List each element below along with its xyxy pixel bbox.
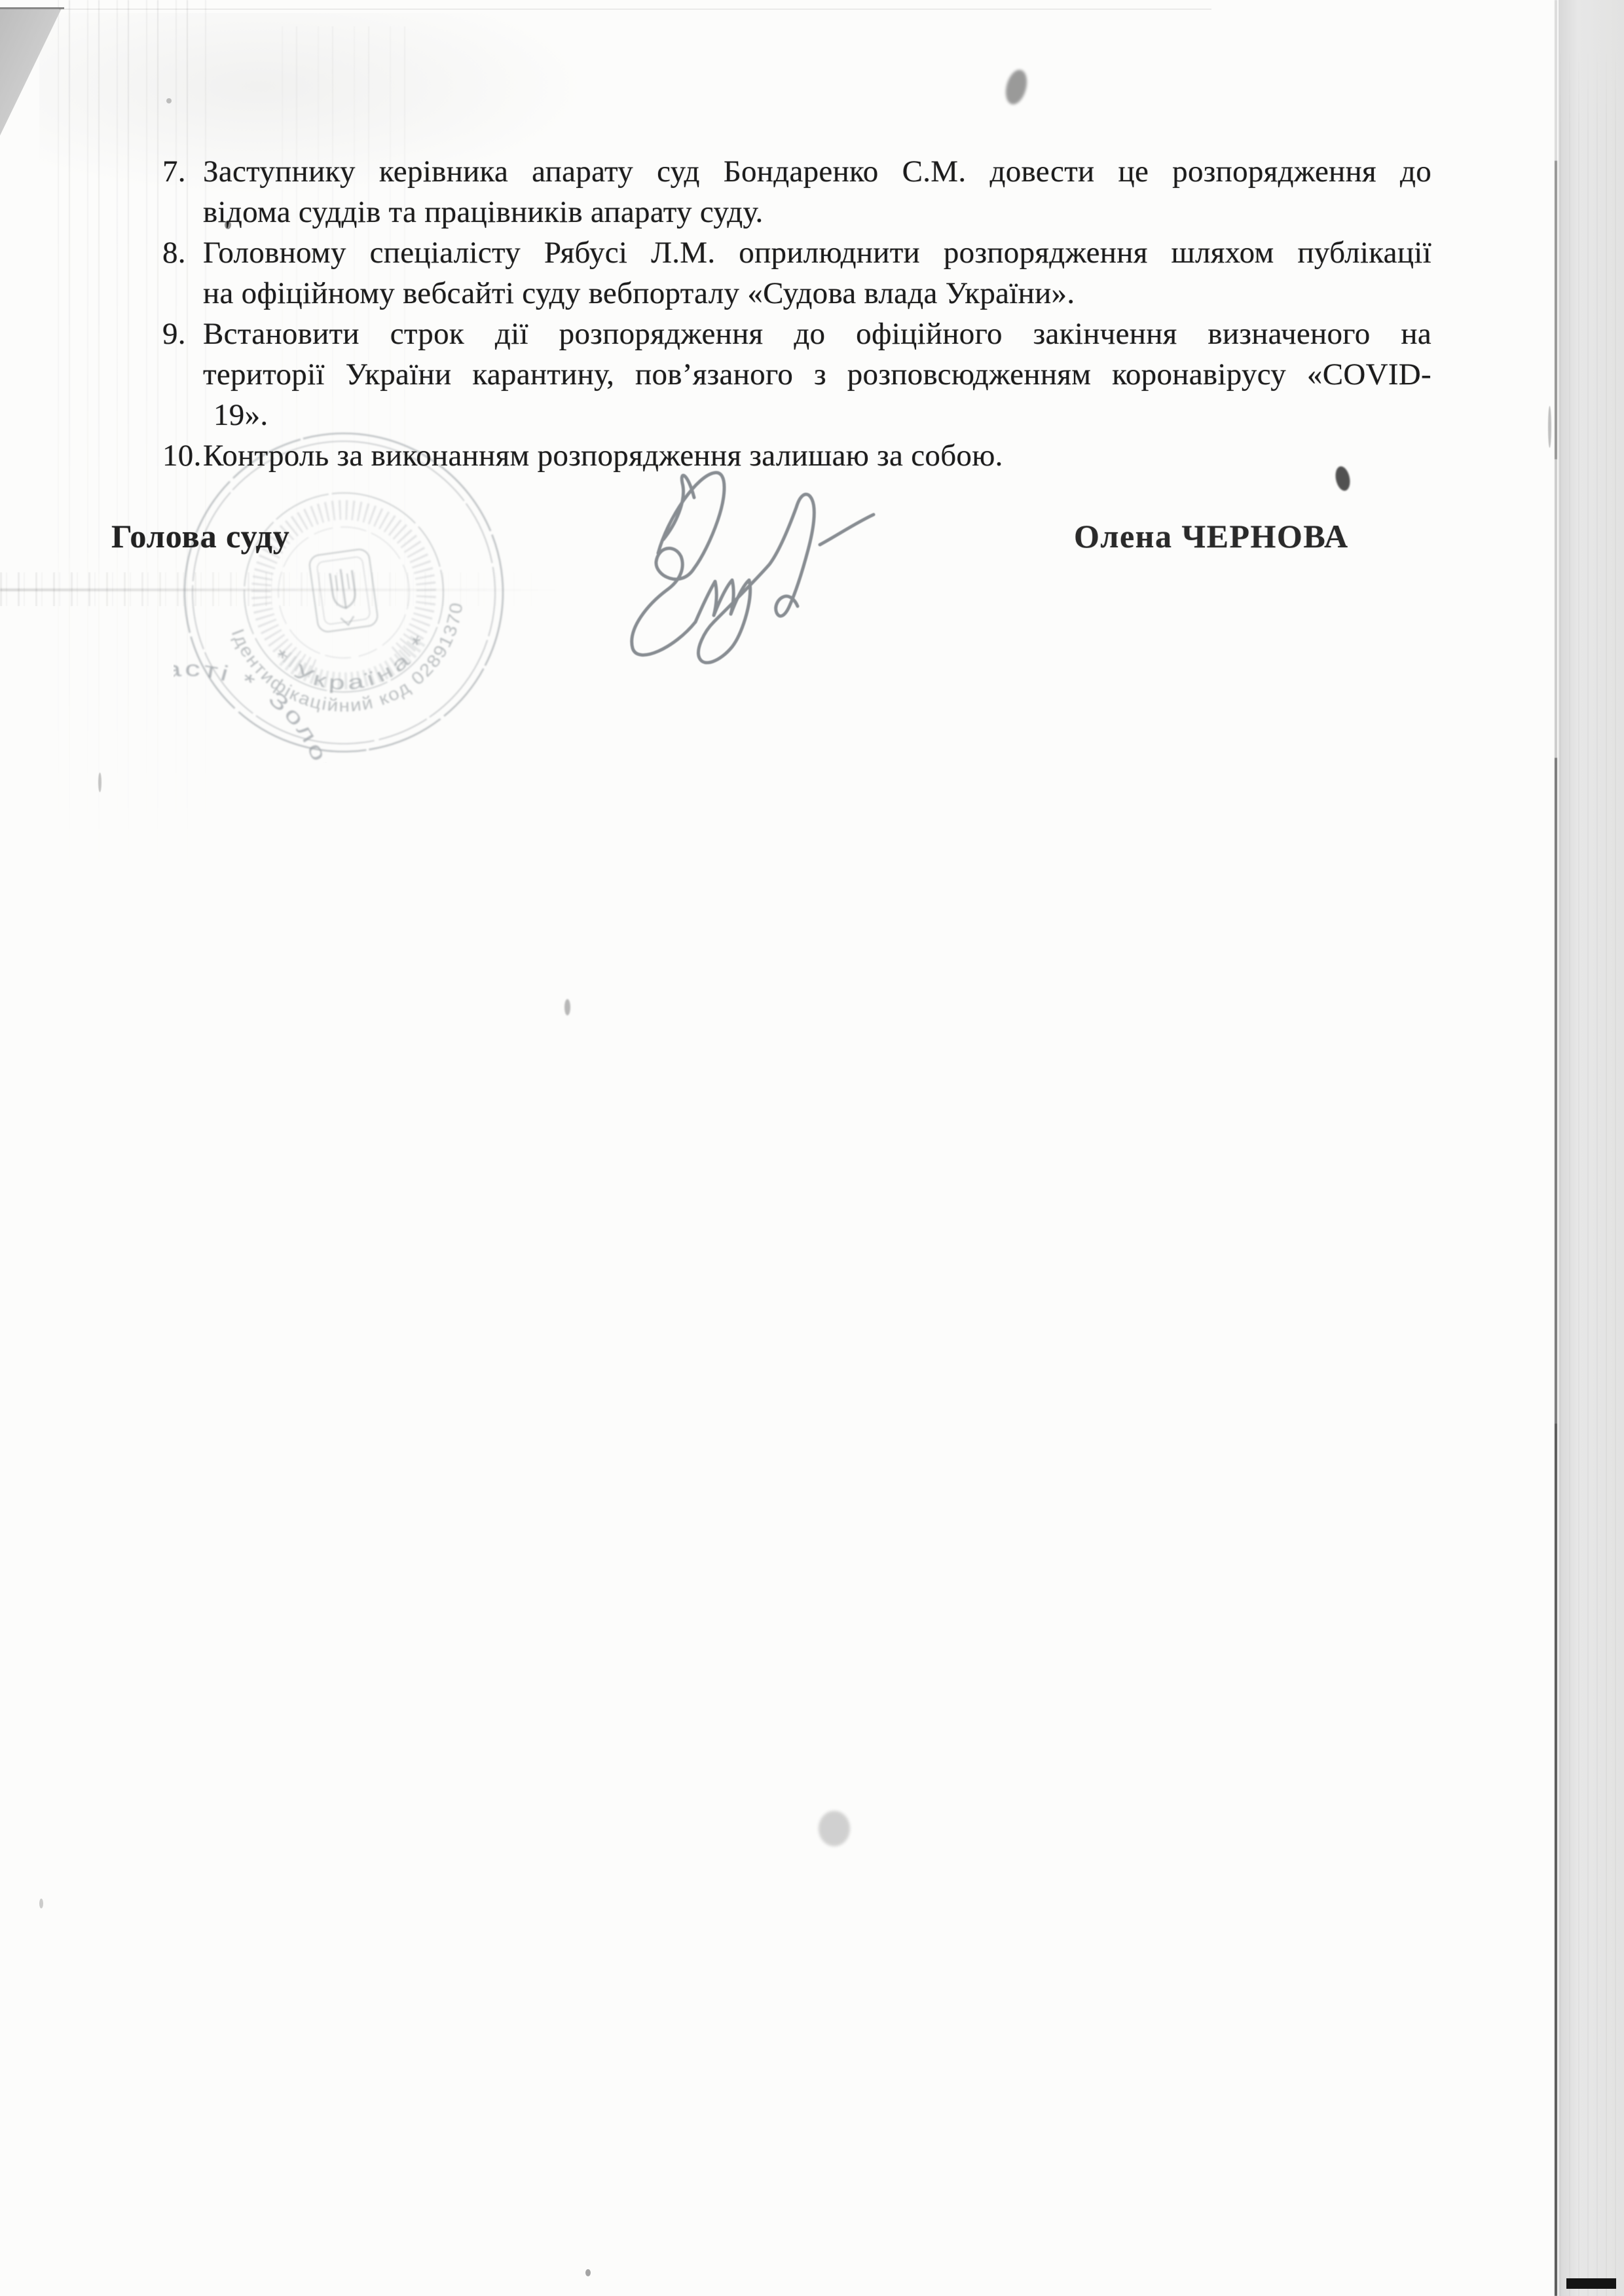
signer-name: Олена ЧЕРНОВА bbox=[1074, 517, 1349, 555]
item-number: 9. bbox=[162, 316, 203, 352]
list-item-9-line-2: території України карантину, пов’язаного… bbox=[162, 356, 1431, 397]
item-text: Головному спеціалісту Рябусі Л.М. оприлю… bbox=[203, 234, 1431, 271]
scan-speckle bbox=[1548, 406, 1551, 448]
item-number: 10. bbox=[162, 437, 203, 474]
list-item-8-line-1: 8. Головному спеціалісту Рябусі Л.М. опр… bbox=[162, 234, 1431, 275]
handwritten-signature bbox=[589, 452, 982, 727]
list-item-7-line-1: 7. Заступнику керівника апарату суд Бонд… bbox=[162, 153, 1431, 194]
list-item-9-line-3: 19». bbox=[162, 397, 1431, 437]
list-item-7-line-2: відома суддів та працівників апарату суд… bbox=[162, 194, 1431, 234]
list-item-8-line-2: на офіційному вебсайті суду вебпорталу «… bbox=[162, 275, 1431, 316]
trident-emblem bbox=[308, 548, 379, 633]
scan-corner-fold-edge bbox=[0, 7, 64, 9]
item-number: 8. bbox=[162, 234, 203, 271]
item-text: на офіційному вебсайті суду вебпорталу «… bbox=[203, 275, 1431, 312]
list-item-9-line-1: 9. Встановити строк дії розпорядження до… bbox=[162, 316, 1431, 356]
scan-right-edge-streaks bbox=[1560, 0, 1624, 2296]
scan-speckle bbox=[98, 773, 101, 792]
scan-bottom-right-bar bbox=[1566, 2278, 1616, 2289]
scan-speckle bbox=[1003, 67, 1031, 107]
scan-corner-fold bbox=[0, 9, 62, 136]
item-text: відома суддів та працівників апарату суд… bbox=[203, 194, 1431, 230]
scan-speckle bbox=[819, 1811, 850, 1846]
scan-top-hairline bbox=[59, 9, 1211, 10]
scan-speckle bbox=[585, 2269, 591, 2276]
svg-text:Ідентифікаційний код 02891370: Ідентифікаційний код 02891370 bbox=[227, 595, 480, 731]
item-number: 7. bbox=[162, 153, 203, 190]
item-text: території України карантину, пов’язаного… bbox=[203, 356, 1431, 393]
scan-speckle bbox=[39, 1899, 43, 1908]
scan-right-edge-line bbox=[1555, 0, 1557, 2296]
scanned-document-page: Золочівський районний суд Харківської об… bbox=[0, 0, 1624, 2296]
order-text-block: 7. Заступнику керівника апарату суд Бонд… bbox=[162, 153, 1431, 478]
item-text: Встановити строк дії розпорядження до оф… bbox=[203, 316, 1431, 352]
scan-right-edge-band bbox=[1559, 0, 1624, 2296]
item-text: Заступнику керівника апарату суд Бондаре… bbox=[203, 153, 1431, 190]
item-text: 19». bbox=[203, 397, 1431, 433]
scan-speckle bbox=[166, 98, 172, 103]
signer-title: Голова суду bbox=[111, 517, 290, 555]
scan-speckle bbox=[564, 999, 570, 1015]
stamp-code-text: Ідентифікаційний код 02891370 bbox=[227, 595, 480, 731]
